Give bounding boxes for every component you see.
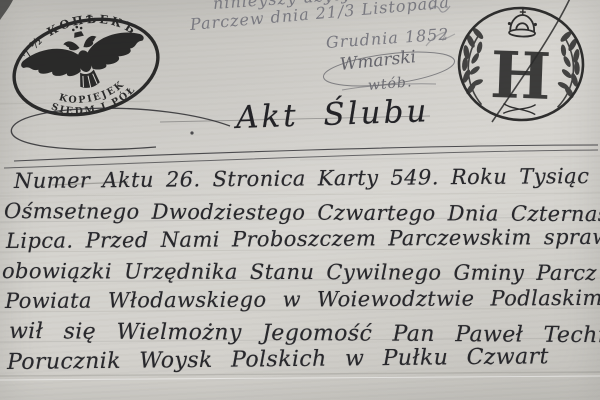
- body-line-1: Numer Aktu 26. Stronica Karty 549. Roku …: [14, 164, 590, 193]
- double-headed-eagle-icon: [15, 12, 152, 102]
- clerk-signature: Wmarski: [339, 47, 417, 75]
- crown-icon: [507, 9, 537, 38]
- body-line-3: Lipca. Przed Nami Proboszczem Parczewski…: [6, 225, 600, 253]
- body-line-2: Ośmsetnego Dwodziestego Czwartego Dnia C…: [4, 199, 600, 226]
- wreath-ties: [503, 103, 535, 114]
- stamp-left-value-text: 7½ КОПѢЕКЪ: [13, 0, 142, 63]
- cancellation-stroke: [492, 0, 572, 122]
- monogram-letter: Н: [489, 38, 552, 115]
- stamp-left-revenue: 7½ КОПѢЕКЪ KOPIEJEK SIEDM I PÓŁ: [3, 0, 168, 131]
- laurel-branch: [460, 26, 486, 105]
- corner-mark: [0, 0, 13, 20]
- oak-branch: [556, 29, 582, 108]
- clerk-signature-subscript: wtób.: [367, 74, 413, 94]
- annotation-line-3: Grudnia 1852: [325, 24, 450, 52]
- document-title: Akt Ślubu: [235, 93, 430, 136]
- body-line-7: Porucznik Woysk Polskich w Pułku Czwart: [7, 344, 549, 375]
- document-page: 7½ КОПѢЕКЪ KOPIEJEK SIEDM I PÓŁ: [0, 0, 600, 400]
- stamp-left-kopiejek-text: KOPIEJEK: [56, 77, 130, 112]
- stamp-right-border: [457, 6, 585, 122]
- body-line-4: obowiązki Urzędnika Stanu Cywilnego Gmin…: [2, 259, 597, 285]
- stamp-left-border: [5, 6, 168, 128]
- body-line-5: Powiata Włodawskiego w Woiewodztwie Podl…: [5, 286, 600, 313]
- stamp-right-monogram: Н: [457, 6, 585, 122]
- stamp-left-siedm-text: SIEDM I PÓŁ: [48, 82, 142, 125]
